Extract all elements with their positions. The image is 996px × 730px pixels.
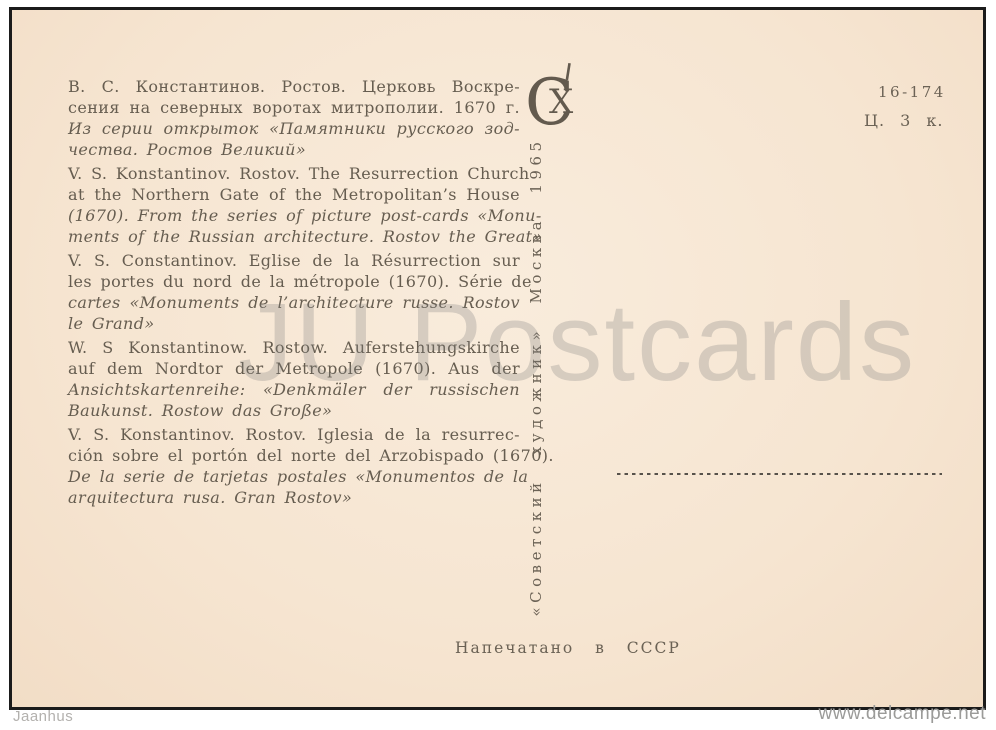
printed-in-ussr-label: Напечатано в СССР xyxy=(455,639,681,657)
description-line: le Grand» xyxy=(68,313,520,334)
description-line: arquitectura rusa. Gran Rostov» xyxy=(68,487,520,508)
description-line: cartes «Monuments de l’architecture russ… xyxy=(68,292,520,313)
seller-name-label: Jaanhus xyxy=(13,708,73,725)
description-english: V. S. Konstantinov. Rostov. The Resurrec… xyxy=(68,163,520,247)
delcampe-site-link[interactable]: www.delcampe.net xyxy=(819,703,986,725)
description-line: V. S. Konstantinov. Rostov. Iglesia de l… xyxy=(68,424,520,445)
description-line: ments of the Russian architecture. Rosto… xyxy=(68,226,520,247)
description-line: (1670). From the series of picture post-… xyxy=(68,205,520,226)
publisher-monogram-icon: C X xyxy=(524,60,590,134)
description-line: W. S Konstantinow. Rostow. Auferstehungs… xyxy=(68,337,520,358)
description-line: De la serie de tarjetas postales «Monume… xyxy=(68,466,520,487)
description-spanish: V. S. Konstantinov. Rostov. Iglesia de l… xyxy=(68,424,520,508)
postcard-back: В. С. Константинов. Ростов. Церковь Воск… xyxy=(9,7,986,710)
description-russian: В. С. Константинов. Ростов. Церковь Воск… xyxy=(68,76,520,160)
description-line: les portes du nord de la métropole (1670… xyxy=(68,271,520,292)
description-line: В. С. Константинов. Ростов. Церковь Воск… xyxy=(68,76,520,97)
description-line: Из серии открыток «Памятники русского зо… xyxy=(68,118,520,139)
price-label: Ц. 3 к. xyxy=(864,111,943,130)
description-column: В. С. Константинов. Ростов. Церковь Воск… xyxy=(68,76,520,511)
monogram-letter-x: X xyxy=(549,82,574,122)
description-line: auf dem Nordtor der Metropole (1670). Au… xyxy=(68,358,520,379)
stamp-address-divider-line xyxy=(617,473,942,475)
description-line: V. S. Constantinov. Eglise de la Résurre… xyxy=(68,250,520,271)
description-line: Ansichtskartenreihe: «Denkmäler der russ… xyxy=(68,379,520,400)
description-line: сения на северных воротах митрополии. 16… xyxy=(68,97,520,118)
description-line: ción sobre el portón del norte del Arzob… xyxy=(68,445,520,466)
catalog-number: 16-174 xyxy=(878,83,946,101)
publisher-imprint-vertical: «Советский художник» Москва 1965 xyxy=(527,137,547,617)
description-line: Baukunst. Rostow das Große» xyxy=(68,400,520,421)
description-line: V. S. Konstantinov. Rostov. The Resurrec… xyxy=(68,163,520,184)
description-french: V. S. Constantinov. Eglise de la Résurre… xyxy=(68,250,520,334)
scanned-postcard-page: { "postcard": { "background_color": "#f7… xyxy=(0,0,996,730)
description-line: чества. Ростов Великий» xyxy=(68,139,520,160)
description-line: at the Northern Gate of the Metropolitan… xyxy=(68,184,520,205)
description-german: W. S Konstantinow. Rostow. Auferstehungs… xyxy=(68,337,520,421)
